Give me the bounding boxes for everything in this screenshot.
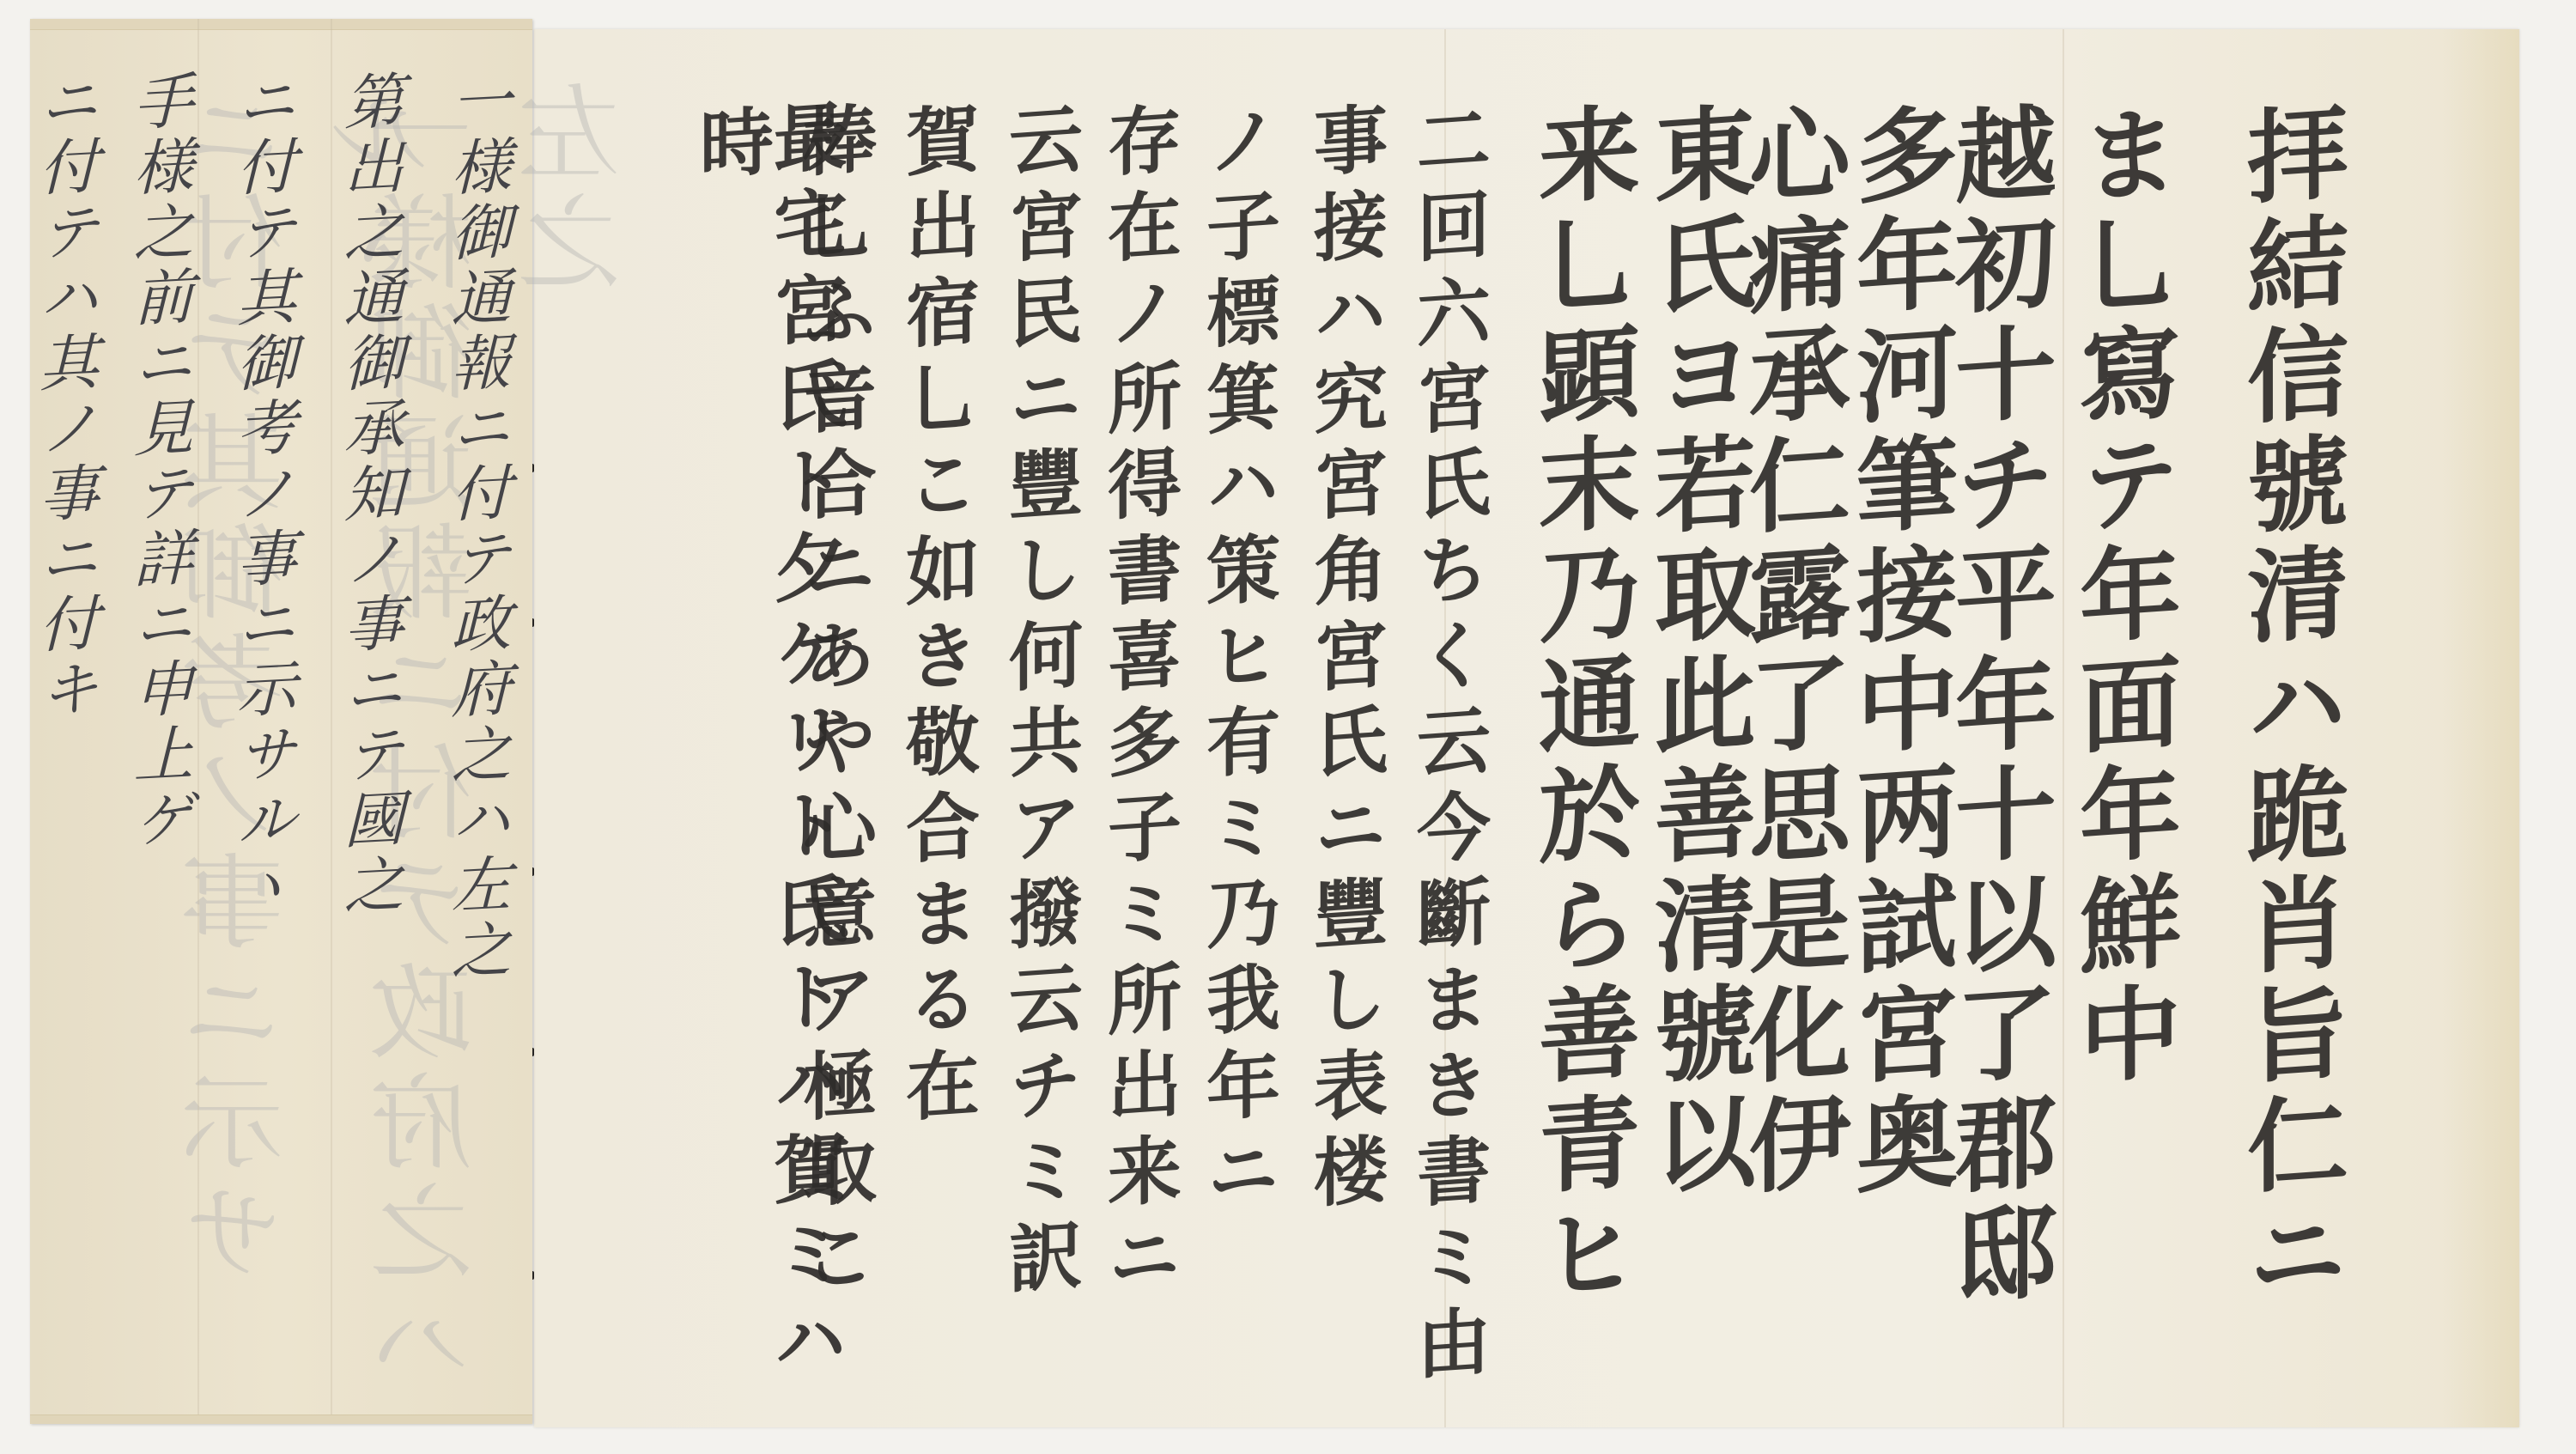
overlay-column-5: ニ付テハ其ノ事ニ付キ (21, 68, 108, 725)
overlay-column-1: 一様御通報ニ付テ政府之ハ左之 (434, 68, 520, 986)
show-through-text: ニ付テ其御考ノ事ニ示サルヽ (167, 79, 463, 1424)
letter-column-6: 東氏ヨ若取此善清號以 (1646, 99, 1747, 1205)
letter-column-10: ノ子標箕ハ策ヒ有ミ乃我年ニ (1200, 100, 1273, 1221)
letter-column-9: 事接ハ究宮角宮氏ニ豐し表楼 (1307, 100, 1381, 1221)
transcription-overlay-sheet: 一様御通報ニ付テ政府之ハ左之 ニ付テ其御考ノ事ニ示サルヽ 一様御通報ニ付テ政府之… (30, 19, 532, 1424)
overlay-fold-edge (30, 19, 532, 30)
letter-column-11: 存在ノ所得書喜多子ミ所出来ニ (1101, 100, 1175, 1307)
letter-column-4: 多年河筆接中两試宮奥 (1848, 99, 1949, 1205)
letter-column-12: 云宮民ニ豐し何共ア撥云チミ訳 (1002, 100, 1076, 1307)
overlay-column-2: 第出之通御承知ノ事ニテ國之 (326, 68, 413, 921)
overlay-column-4: 手様之前ニ見テ詳ニ申上ゲ (116, 68, 203, 855)
letter-column-2: ま乚寫テ年面年鮮中 (2071, 99, 2172, 1095)
overlay-bottom-edge (30, 1414, 532, 1424)
overlay-column-3: ニ付テ其御考ノ事ニ示サルヽ (219, 68, 306, 921)
letter-column-13: 賀出宿乚こ如き敬合まる在 (899, 100, 973, 1135)
letter-column-15: 最宅宮氏ト夕ケリト氏トハ賀ミハ時 (693, 97, 841, 1433)
letter-column-7: 来乚顕末乃通於ら善青ヒ (1530, 99, 1631, 1315)
letter-column-8: 二回六宮氏ちく云今斷まき書ミ由 (1410, 100, 1484, 1393)
letter-paper: 拝結信號清ハ跪肖旨仁ニ ま乚寫テ年面年鮮中 越初十チ平年十以了郡邸 多年河筆接中… (534, 29, 2519, 1427)
letter-column-1: 拝結信號清ハ跪肖旨仁ニ (2239, 99, 2340, 1315)
letter-column-3: 越初十チ平年十以了郡邸 (1947, 99, 2048, 1315)
